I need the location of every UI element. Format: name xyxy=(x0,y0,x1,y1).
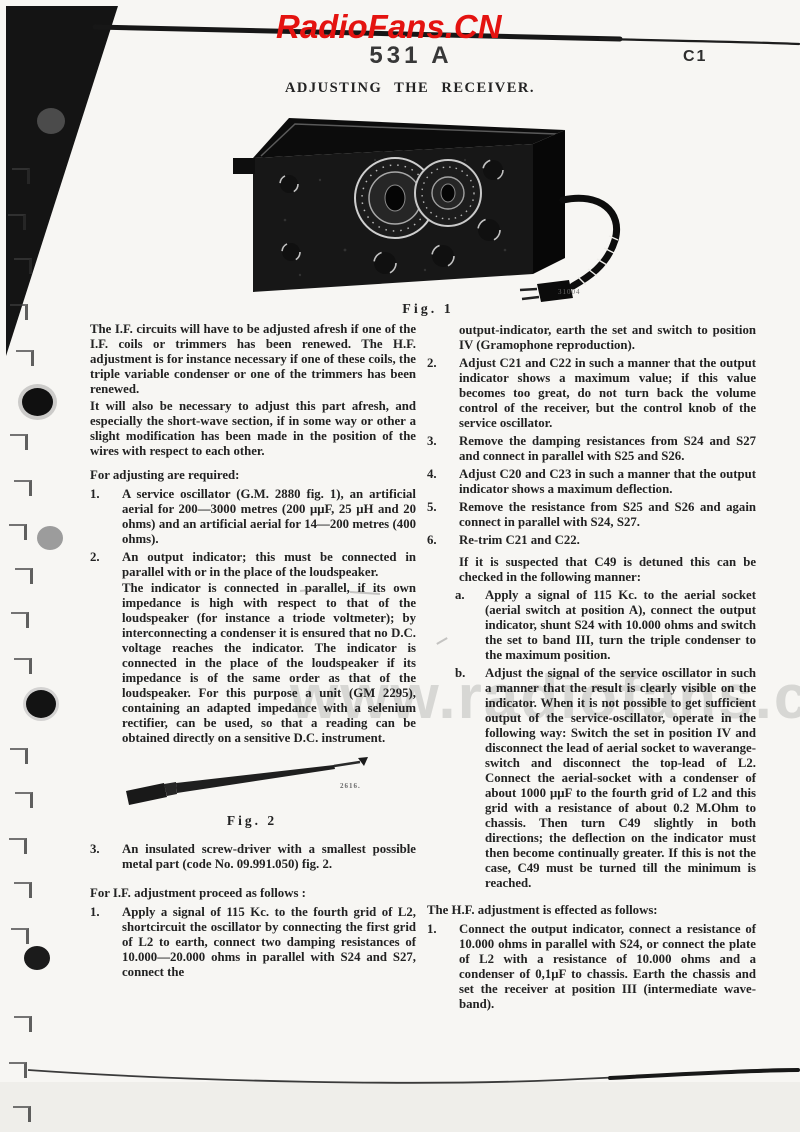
list-item: 1. Connect the output indicator, connect… xyxy=(427,922,756,1012)
sprocket-mark xyxy=(11,928,29,944)
list-item: 4. Adjust C20 and C23 in such a manner t… xyxy=(427,467,756,497)
item-text: Remove the resistance from S25 and S26 a… xyxy=(459,500,756,530)
sprocket-mark xyxy=(16,350,34,366)
item-number: 5. xyxy=(427,500,459,530)
item-number: 2. xyxy=(90,550,122,580)
punch-hole xyxy=(26,690,56,718)
item-text: Re-trim C21 and C22. xyxy=(459,533,756,548)
sprocket-mark xyxy=(9,1062,27,1078)
sub-list-item: b. Adjust the signal of the service osci… xyxy=(455,666,756,891)
intro-paragraph: The I.F. circuits will have to be adjust… xyxy=(90,322,416,397)
sprocket-mark xyxy=(10,748,28,764)
item-text: An output indicator; this must be connec… xyxy=(122,550,416,580)
service-oscillator-photo xyxy=(225,100,645,305)
sprocket-mark xyxy=(14,258,32,274)
sprocket-mark xyxy=(14,1016,32,1032)
fig1-caption: Fig. 1 xyxy=(388,302,468,318)
intro-paragraph: It will also be necessary to adjust this… xyxy=(90,399,416,459)
list-item: 6. Re-trim C21 and C22. xyxy=(427,533,756,548)
fig2-plate-mark: 2616. xyxy=(340,779,361,794)
item-text: Adjust C20 and C23 in such a manner that… xyxy=(459,467,756,497)
fig1-plate-mark: 31004 xyxy=(558,288,581,296)
item-letter: b. xyxy=(455,666,485,891)
item-text: Adjust C21 and C22 in such a manner that… xyxy=(459,356,756,431)
item-text: Connect the output indicator, connect a … xyxy=(459,922,756,1012)
sprocket-mark xyxy=(9,838,27,854)
model-number: 531 A xyxy=(346,42,476,70)
item-number: 2. xyxy=(427,356,459,431)
item-number: 1. xyxy=(90,905,122,980)
sprocket-mark xyxy=(11,612,29,628)
list-item: 3. An insulated screw-driver with a smal… xyxy=(90,842,416,872)
item-text: A service oscillator (G.M. 2880 fig. 1),… xyxy=(122,487,416,547)
list-item: 1. A service oscillator (G.M. 2880 fig. … xyxy=(90,487,416,547)
punch-hole xyxy=(22,388,53,416)
item-number: 1. xyxy=(427,922,459,1012)
scan-bottom-edge-line xyxy=(0,1058,800,1098)
c49-paragraph: If it is suspected that C49 is detuned t… xyxy=(459,555,756,585)
item-number: 3. xyxy=(427,434,459,464)
page-title: ADJUSTING THE RECEIVER. xyxy=(20,80,800,97)
sprocket-mark xyxy=(14,658,32,674)
list-item: 2. An output indicator; this must be con… xyxy=(90,550,416,580)
sprocket-mark xyxy=(12,168,30,184)
section-heading-if: For I.F. adjustment proceed as follows : xyxy=(90,886,416,901)
sprocket-mark xyxy=(10,434,28,450)
item-number: 4. xyxy=(427,467,459,497)
item-number: 6. xyxy=(427,533,459,548)
right-column: output-indicator, earth the set and swit… xyxy=(427,322,756,1012)
item-number: 1. xyxy=(90,487,122,547)
item-text: Adjust the signal of the service oscilla… xyxy=(485,666,756,891)
sprocket-mark xyxy=(15,792,33,808)
section-heading-required: For adjusting are required: xyxy=(90,468,416,483)
punch-hole xyxy=(37,526,63,550)
list-item: 2. Adjust C21 and C22 in such a manner t… xyxy=(427,356,756,431)
punch-hole xyxy=(24,946,50,970)
list-item: 3. Remove the damping resistances from S… xyxy=(427,434,756,464)
item-text: Apply a signal of 115 Kc. to the aerial … xyxy=(485,588,756,663)
item-text: Remove the damping resistances from S24 … xyxy=(459,434,756,464)
sprocket-mark xyxy=(15,568,33,584)
scanned-service-manual-page: RadioFans.CN 531 A C1 ADJUSTING THE RECE… xyxy=(0,0,800,1132)
sprocket-mark xyxy=(10,304,28,320)
item-letter: a. xyxy=(455,588,485,663)
item-text: An insulated screw-driver with a smalles… xyxy=(122,842,416,872)
item-text: Apply a signal of 115 Kc. to the fourth … xyxy=(122,905,416,980)
page-ref: C1 xyxy=(683,48,707,66)
sprocket-mark xyxy=(14,480,32,496)
left-column: The I.F. circuits will have to be adjust… xyxy=(90,322,416,980)
fig2-caption: Fig. 2 xyxy=(122,813,382,828)
sprocket-mark xyxy=(8,214,26,230)
radiofans-watermark: RadioFans.CN xyxy=(276,8,502,46)
list-item: 5. Remove the resistance from S25 and S2… xyxy=(427,500,756,530)
sprocket-mark xyxy=(14,882,32,898)
item-continuation: output-indicator, earth the set and swit… xyxy=(459,323,756,353)
figure-2: 2616. xyxy=(122,753,384,811)
list-item: 1. Apply a signal of 115 Kc. to the four… xyxy=(90,905,416,980)
sprocket-mark xyxy=(13,1106,31,1122)
item-number: 3. xyxy=(90,842,122,872)
sprocket-mark xyxy=(9,524,27,540)
item-continuation: The indicator is connected in parallel, … xyxy=(122,581,416,746)
section-heading-hf: The H.F. adjustment is effected as follo… xyxy=(427,903,756,918)
sub-list-item: a. Apply a signal of 115 Kc. to the aeri… xyxy=(455,588,756,663)
punch-hole xyxy=(37,108,65,134)
